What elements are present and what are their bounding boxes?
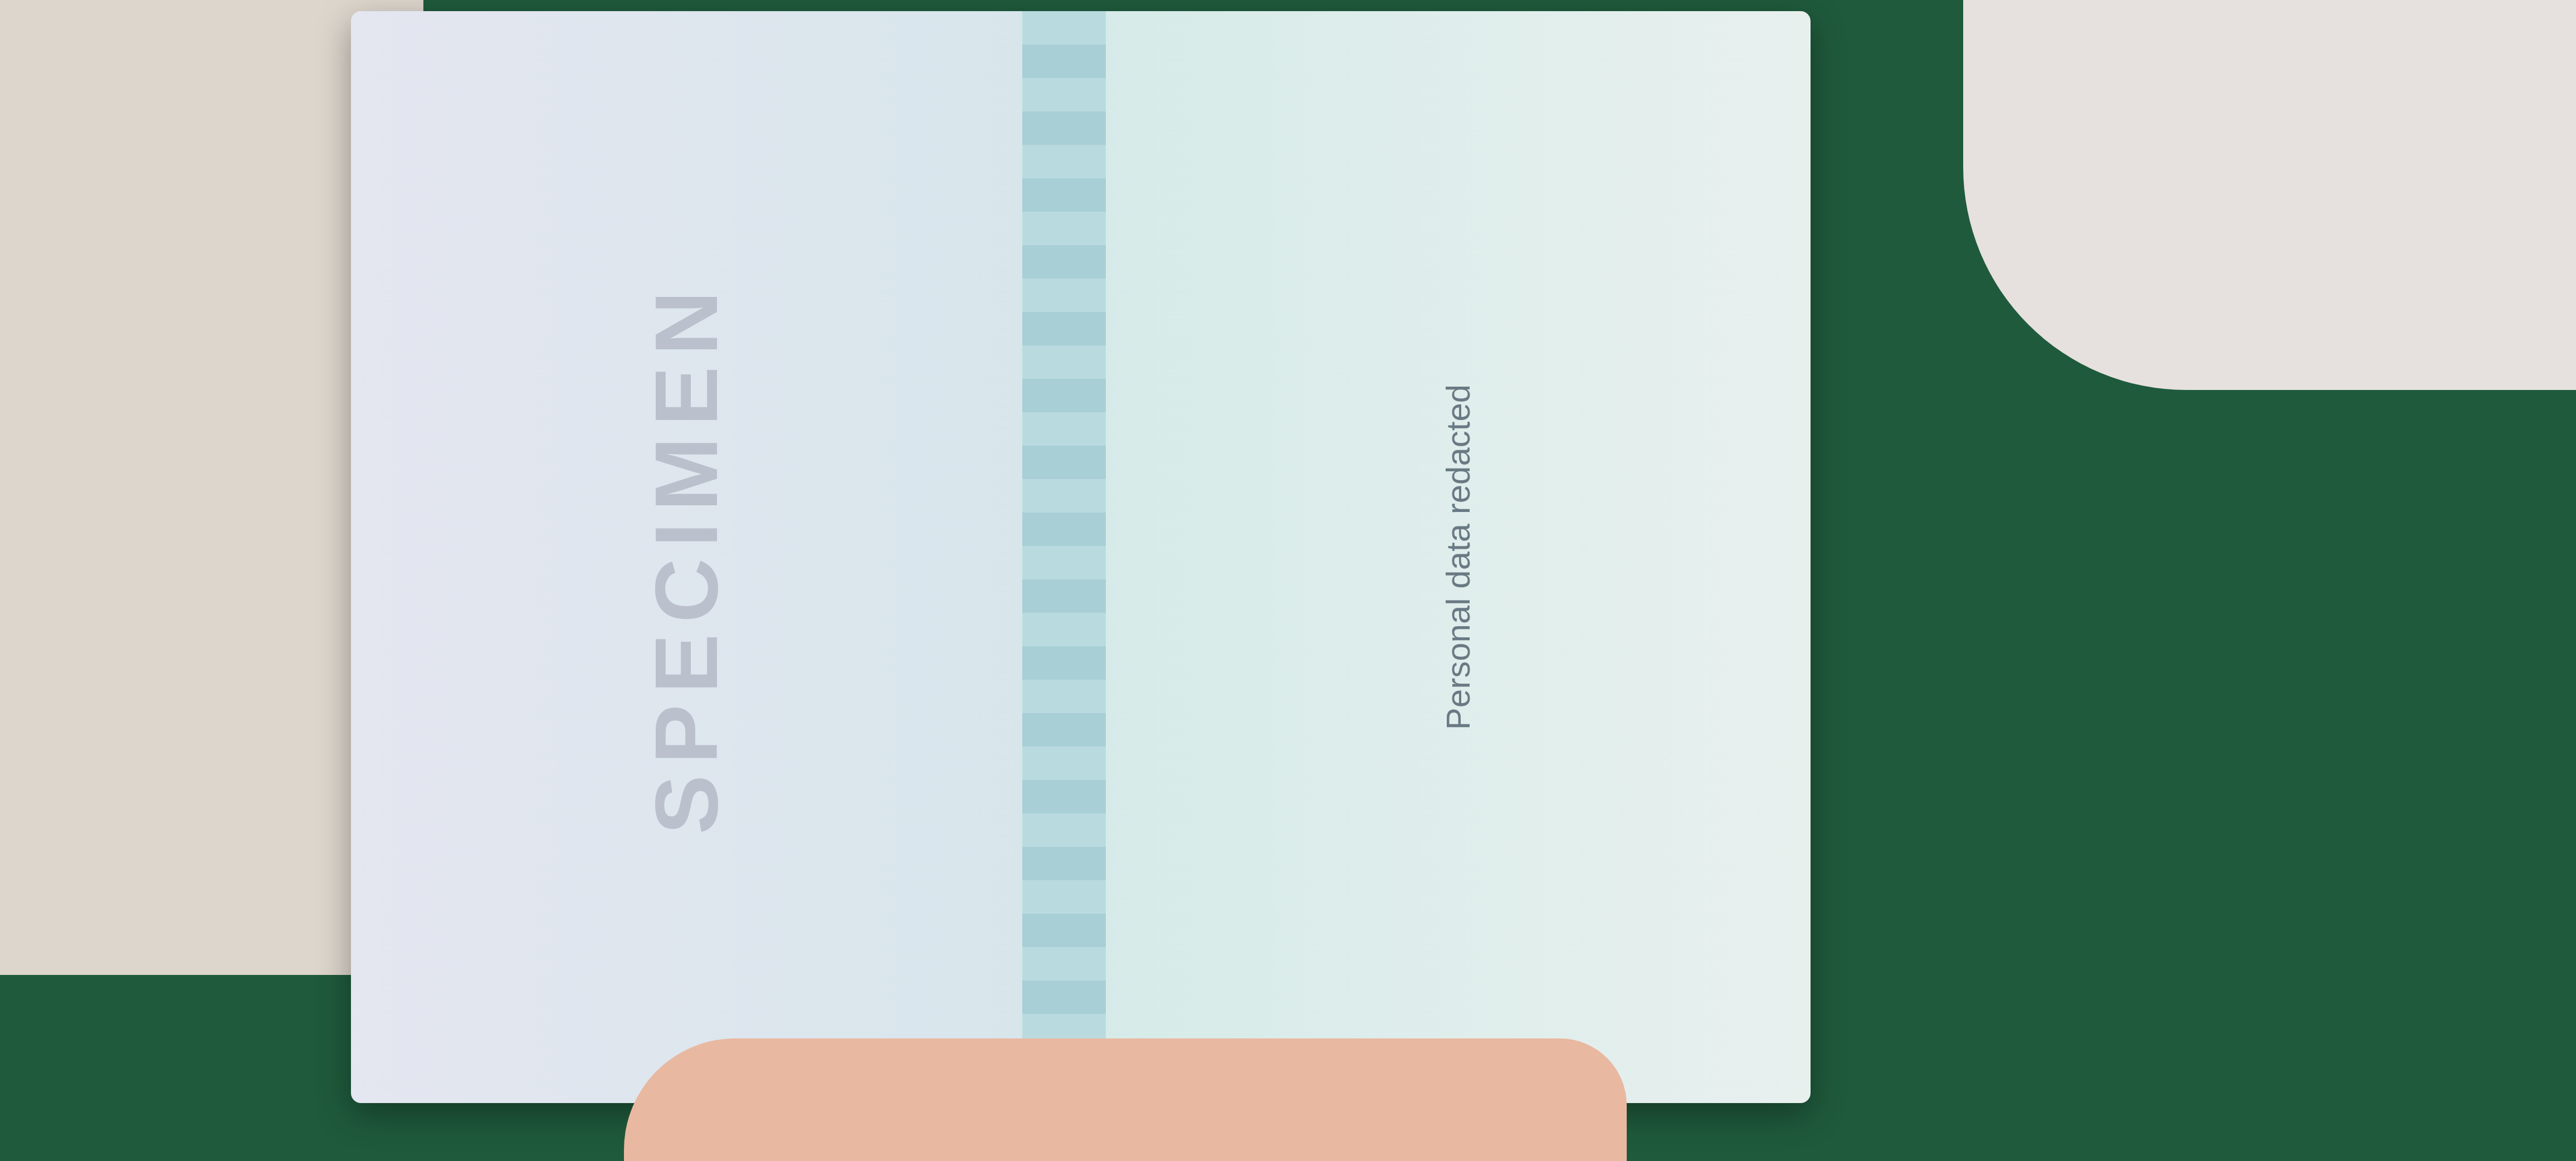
- data-page: Personal data redacted: [1106, 11, 1811, 1103]
- cushion: [1963, 0, 2576, 390]
- hand: [624, 1038, 1627, 1161]
- specimen-watermark: SPECIMEN: [635, 280, 738, 835]
- signature-page: SPECIMEN: [351, 11, 1022, 1103]
- redaction-note: Personal data redacted: [1439, 384, 1477, 730]
- booklet-spine: [1022, 11, 1106, 1103]
- document-booklet: SPECIMEN Personal data redacted: [351, 11, 1811, 1103]
